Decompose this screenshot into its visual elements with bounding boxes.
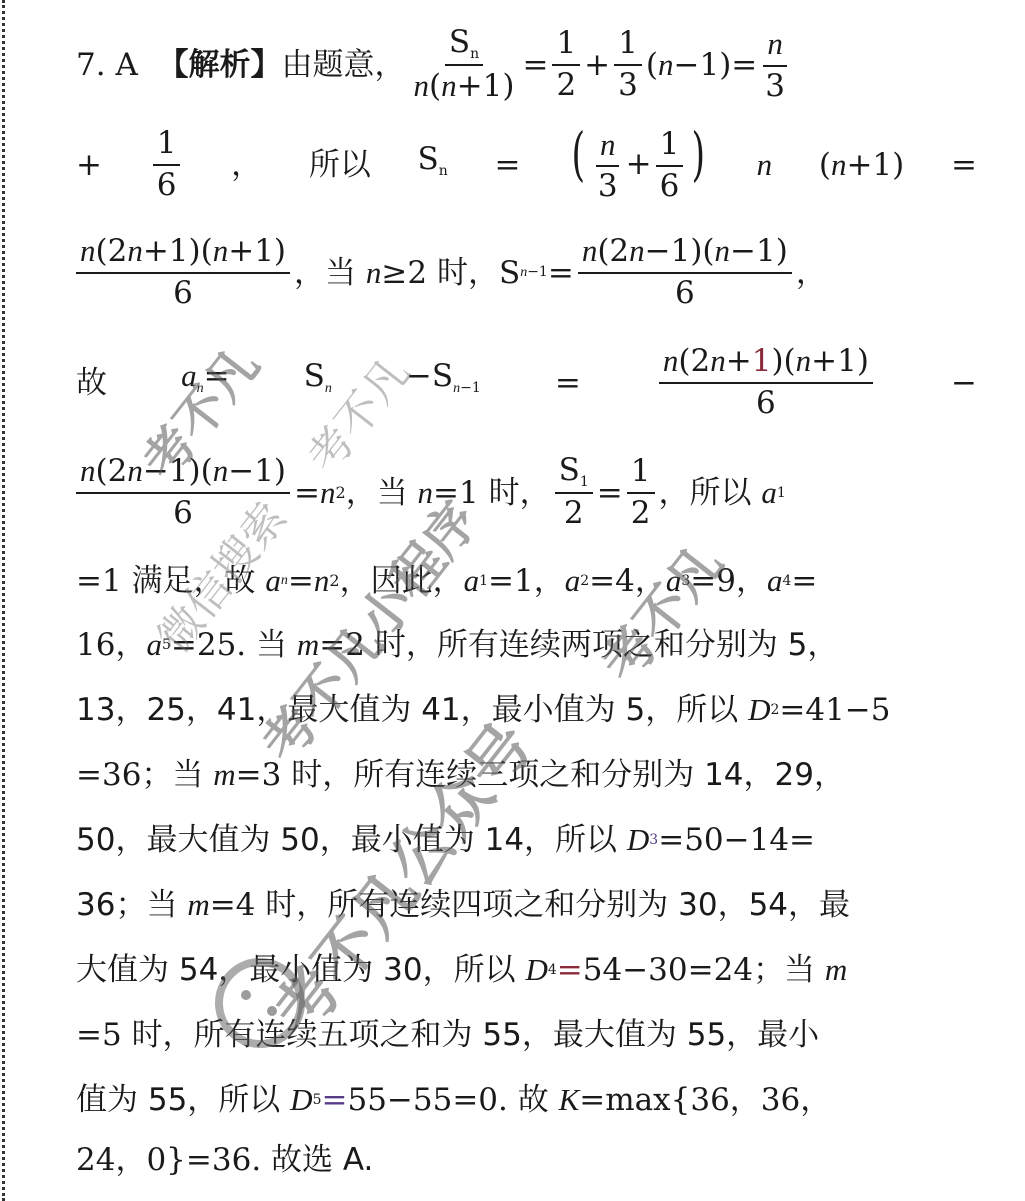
fraction: 12 xyxy=(552,26,580,103)
answer-choice: A xyxy=(115,45,137,85)
wechat-logo-icon xyxy=(215,958,305,1048)
solution-line-6: =1 满足，故 an=n2，因此，a1=1，a2=4，a3=9，a4= xyxy=(76,560,977,601)
dashed-margin-border xyxy=(2,0,5,1201)
fraction: n(2n−1)(n−1)6 xyxy=(578,233,792,311)
analysis-label: 【解析】 xyxy=(158,45,282,85)
solution-line-15: 24，0}=36. 故选 A. xyxy=(76,1140,977,1180)
fraction: 16 xyxy=(153,126,181,203)
fraction: n(2n+1)(n+1)6 xyxy=(659,343,873,421)
fraction: Snn(n+1) xyxy=(410,25,519,105)
solution-line-11: 36；当 m=4 时，所有连续四项之和分别为 30，54，最 xyxy=(76,885,977,925)
fraction: 12 xyxy=(627,454,655,531)
solution-line-1: 7. A 【解析】 由题意， Snn(n+1) =12+13(n−1)=n3 xyxy=(76,30,977,100)
fraction: n(2n+1)(n+1)6 xyxy=(76,233,290,311)
solution-line-10: 50，最大值为 50，最小值为 14，所以 D3=50−14= xyxy=(76,820,977,860)
solution-line-2: + 16， 所以 Sn = (n3+16) n (n+1) = xyxy=(76,130,977,200)
fraction: n(2n−1)(n−1)6 xyxy=(76,453,290,531)
fraction: S12 xyxy=(555,453,593,532)
watermark-text: 考不凡 xyxy=(581,526,736,695)
solution-line-4: 故 an= Sn −Sn−1 = n(2n+1)(n+1)6 − xyxy=(76,345,977,420)
solution-line-9: =36；当 m=3 时，所有连续三项之和分别为 14，29， xyxy=(76,755,977,795)
solution-line-5: n(2n−1)(n−1)6=n2，当 n=1 时，S12=12，所以 a1 xyxy=(76,455,977,530)
fraction: 13 xyxy=(614,26,642,103)
solution-line-7: 16，a5=25. 当 m=2 时，所有连续两项之和分别为 5， xyxy=(76,625,977,665)
solution-page: 7. A 【解析】 由题意， Snn(n+1) =12+13(n−1)=n3 +… xyxy=(0,0,1025,1201)
solution-line-14: 值为 55，所以 D5=55−55=0. 故 K=max{36，36， xyxy=(76,1080,977,1120)
solution-line-3: n(2n+1)(n+1)6 ，当 n≥2 时，Sn−1=n(2n−1)(n−1)… xyxy=(76,235,977,310)
text-segment: 由题意， xyxy=(282,45,406,85)
text-segment: 所以 xyxy=(309,145,371,185)
solution-line-8: 13，25，41，最大值为 41，最小值为 5，所以 D2=41−5 xyxy=(76,690,977,730)
solution-line-12: 大值为 54，最小值为 30，所以 D4=54−30=24；当 m xyxy=(76,950,977,990)
solution-line-13: =5 时，所有连续五项之和为 55，最大值为 55，最小 xyxy=(76,1015,977,1055)
problem-number: 7. xyxy=(76,45,106,85)
fraction: n3 xyxy=(761,26,789,104)
